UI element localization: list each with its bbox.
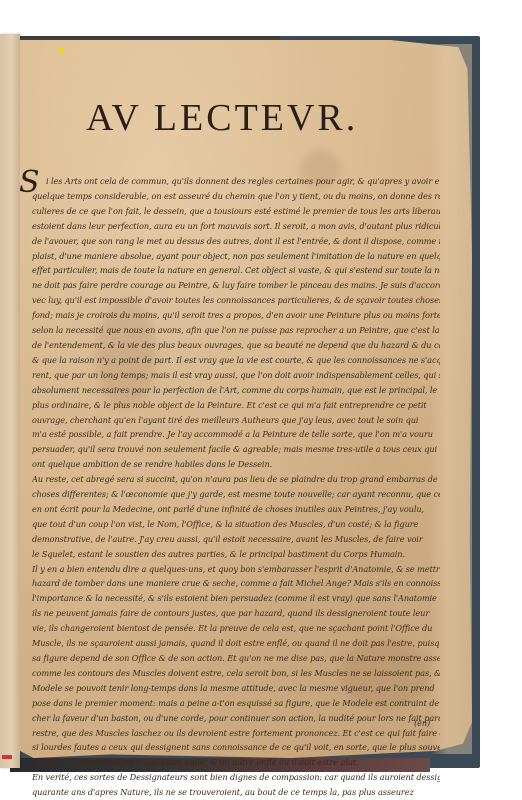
text-line: cher la faveur d'un baston, ou d'une cor… — [32, 711, 440, 726]
text-line: quelque temps considerable, on est asseu… — [32, 189, 440, 204]
text-line: culieres de ce que l'on fait, le dessein… — [32, 204, 440, 219]
catchword: (en) — [414, 719, 430, 728]
text-line: persuader, qu'il sera trouvé non seuleme… — [32, 442, 440, 457]
text-line: choses differentes; & l'œconomie que j'y… — [32, 487, 440, 502]
text-line: ouvrage, cherchant qu'en l'ayant tiré de… — [32, 413, 440, 428]
text-line: ne doit pas faire perdre courage au Pein… — [32, 278, 440, 293]
text-line: fond; mais je croirois du moins, qu'il s… — [32, 308, 440, 323]
text-line: plaist, d'une maniere absolue, ayant pou… — [32, 249, 440, 264]
text-line: vie, ils changeroient bientost de pensée… — [32, 621, 440, 636]
text-line: si lourdes fautes a ceux qui dessignent … — [32, 740, 440, 755]
text-line: hazard de tomber dans une maniere crue &… — [32, 576, 440, 591]
text-line: plus ordinaire, & le plus noble object d… — [32, 398, 440, 413]
text-line: le Squelet, estant le soustien des autre… — [32, 547, 440, 562]
text-line: m'a esté possible, a fait prendre. Je l'… — [32, 427, 440, 442]
text-line: absolument necessaires pour la perfectio… — [32, 383, 440, 398]
text-line: restre, que des Muscles laschez ou ils d… — [32, 726, 440, 741]
text-line: ont quelque ambition de se rendre habile… — [32, 457, 440, 472]
text-line: vec luy, qu'il est impossible d'avoir to… — [32, 293, 440, 308]
text-line: En verité, ces sortes de Dessignateurs s… — [32, 770, 440, 785]
text-line: i les Arts ont cela de commun, qu'ils do… — [32, 174, 440, 189]
text-line: sa figure depend de son Office & de son … — [32, 651, 440, 666]
page-title: AV LECTEVR. — [86, 96, 386, 140]
text-line: de l'entendement, & la vie des plus beau… — [32, 338, 440, 353]
text-line: demonstrative, de l'autre. J'ay creu aus… — [32, 532, 440, 547]
text-line: Au reste, cet abregé sera si succint, qu… — [32, 472, 440, 487]
text-line: rent, que par un long temps; mais il est… — [32, 368, 440, 383]
yellow-marker-tab — [60, 48, 64, 54]
text-line: il fera un contour plat ou il doit estre… — [32, 755, 440, 770]
text-line: & que la raison n'y a point de part. Il … — [32, 353, 440, 368]
photo-scene: AV LECTEVR. S i les Arts ont cela de com… — [0, 0, 522, 800]
flyleaf-spine — [0, 34, 20, 768]
text-line: Muscle, ils ne sçauroient aussi jamais, … — [32, 636, 440, 651]
handwritten-body-text: i les Arts ont cela de commun, qu'ils do… — [32, 174, 440, 800]
text-line: selon la necessité que nous en avons, af… — [32, 323, 440, 338]
text-line: effet particulier, mais de toute la natu… — [32, 263, 440, 278]
text-line: Modele se pouvoit tenir long-temps dans … — [32, 681, 440, 696]
red-edge-mark-left — [2, 755, 12, 759]
text-line: comme les contours des Muscles doivent e… — [32, 666, 440, 681]
text-line: ils ne peuvent jamais faire de contours … — [32, 606, 440, 621]
text-line: l'importance & la necessité, & s'ils est… — [32, 591, 440, 606]
text-line: en ont écrit pour la Medecine, ont parlé… — [32, 502, 440, 517]
text-line: pose dans le premier moment: mais a pein… — [32, 696, 440, 711]
text-line: que tout d'un coup l'on vist, le Nom, l'… — [32, 517, 440, 532]
text-line: Il y en a bien entendu dire a quelques-u… — [32, 562, 440, 577]
text-line: de l'avouer, que son rang le met au dess… — [32, 234, 440, 249]
text-line: estoient dans leur perfection, aura eu u… — [32, 219, 440, 234]
text-line: quarante ans d'apres Nature, ils ne se t… — [32, 785, 440, 800]
